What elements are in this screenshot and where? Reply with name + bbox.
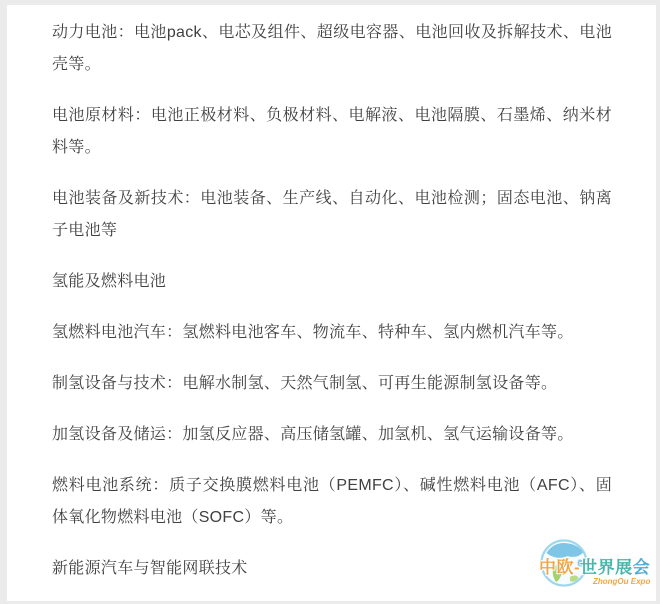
paragraph-battery-raw-materials: 电池原材料：电池正极材料、负极材料、电解液、电池隔膜、石墨烯、纳米材料等。 xyxy=(52,100,612,164)
paragraph-fuel-cell-system: 燃料电池系统：质子交换膜燃料电池（PEMFC）、碱性燃料电池（AFC）、固体氧化… xyxy=(52,470,612,534)
article-page: 动力电池：电池pack、电芯及组件、超级电容器、电池回收及拆解技术、电池壳等。 … xyxy=(7,5,656,601)
heading-hydrogen-fuel-cell: 氢能及燃料电池 xyxy=(52,266,612,298)
paragraph-hydrogen-fcv: 氢燃料电池汽车：氢燃料电池客车、物流车、特种车、氢内燃机汽车等。 xyxy=(52,317,612,349)
paragraph-hydrogen-refueling: 加氢设备及储运：加氢反应器、高压储氢罐、加氢机、氢气运输设备等。 xyxy=(52,419,612,451)
paragraph-battery-equipment: 电池装备及新技术：电池装备、生产线、自动化、电池检测；固态电池、钠离子电池等 xyxy=(52,183,612,247)
article-content: 动力电池：电池pack、电芯及组件、超级电容器、电池回收及拆解技术、电池壳等。 … xyxy=(7,5,656,601)
paragraph-hydrogen-production: 制氢设备与技术：电解水制氢、天然气制氢、可再生能源制氢设备等。 xyxy=(52,368,612,400)
heading-nev-intelligent-connected: 新能源汽车与智能网联技术 xyxy=(52,553,612,585)
paragraph-power-battery: 动力电池：电池pack、电芯及组件、超级电容器、电池回收及拆解技术、电池壳等。 xyxy=(52,17,612,81)
